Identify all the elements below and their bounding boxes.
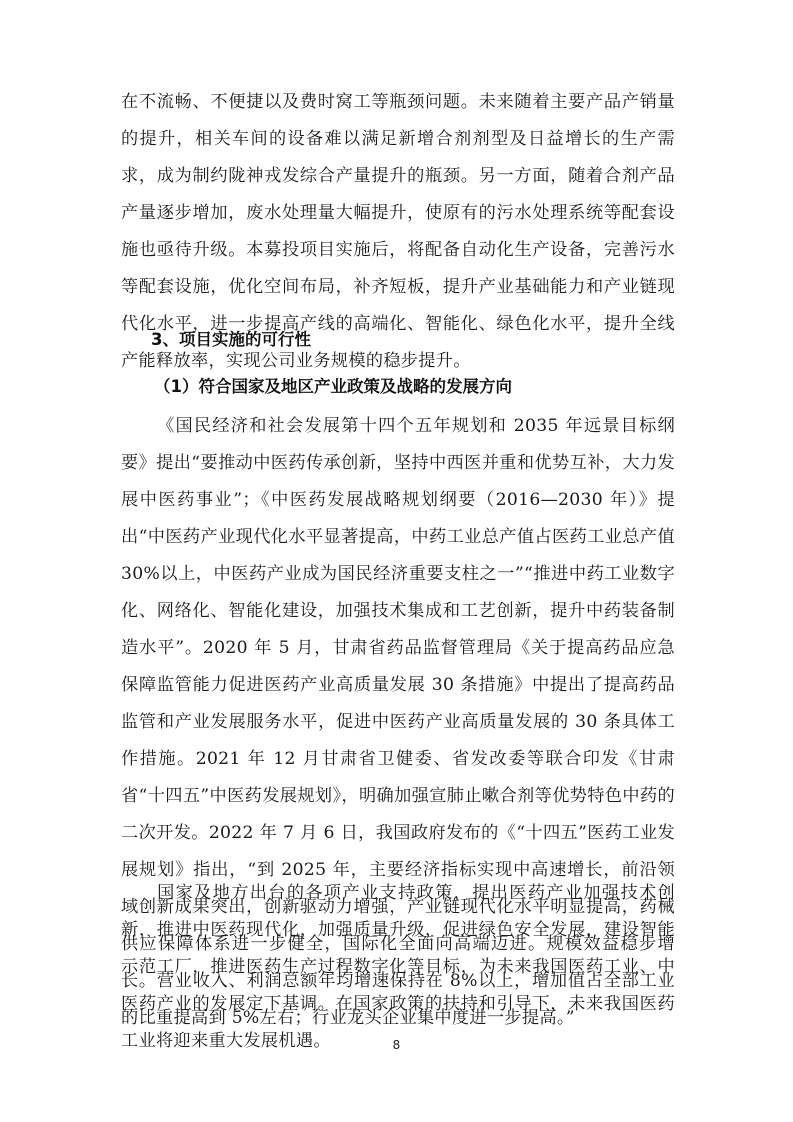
- subsection-heading: （1）符合国家及地区产业政策及战略的发展方向: [154, 373, 512, 397]
- document-page: 在不流畅、不便捷以及费时窝工等瓶颈问题。未来随着主要产品产销量的提升，相关车间的…: [0, 0, 793, 1122]
- paragraph-summary: 国家及地方出台的各项产业支持政策，提出医药产业加强技术创新，推进中医药现代化，加…: [121, 875, 675, 1060]
- page-number: 8: [0, 1038, 793, 1052]
- section-heading: 3、项目实施的可行性: [151, 326, 311, 350]
